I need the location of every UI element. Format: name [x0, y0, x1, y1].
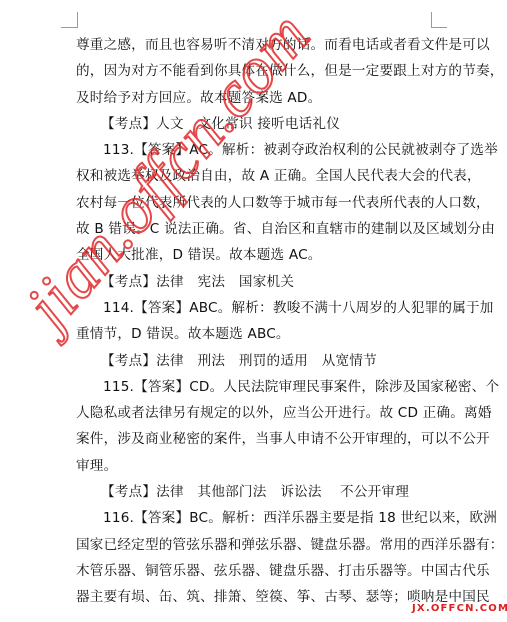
text-line: 权和被选举权及政治自由，故 A 正确。全国人民代表大会的代表， — [76, 163, 434, 189]
text-line: 尊重之感，而且也容易听不清对方的话。而看电话或者看文件是可以 — [76, 32, 434, 58]
kaodian-line: 【考点】人文 文化常识 接听电话礼仪 — [76, 111, 434, 137]
text-line: 重情节，D 错误。故本题选 ABC。 — [76, 321, 434, 347]
text-line: 国家已经定型的管弦乐器和弹弦乐器、键盘乐器。常用的西洋乐器有： — [76, 532, 434, 558]
text-line: 木管乐器、铜管乐器、弦乐器、键盘乐器、打击乐器等。中国古代乐 — [76, 558, 434, 584]
text-line: 的，因为对方不能看到你具体在做什么，但是一定要跟上对方的节奏， — [76, 58, 434, 84]
text-line: 案件，涉及商业秘密的案件，当事人申请不公开审理的，可以不公开 — [76, 426, 434, 452]
text-line: 农村每一位代表所代表的人口数等于城市每一代表所代表的人口数， — [76, 190, 434, 216]
text-line: 人隐私或者法律另有规定的以外，应当公开进行。故 CD 正确。离婚 — [76, 400, 434, 426]
text-line: 器主要有埙、缶、筑、排箫、箜篌、筝、古琴、瑟等；唢呐是中国民 — [76, 584, 434, 610]
text-line: 故 B 错误。C 说法正确。省、自治区和直辖市的建制以及区域划分由 — [76, 216, 434, 242]
kaodian-line: 【考点】法律 刑法 刑罚的适用 从宽情节 — [76, 348, 434, 374]
text-line: 及时给予对方回应。故本题答案选 AD。 — [76, 85, 434, 111]
kaodian-line: 【考点】法律 其他部门法 诉讼法 不公开审理 — [76, 479, 434, 505]
document-body: 尊重之感，而且也容易听不清对方的话。而看电话或者看文件是可以 的，因为对方不能看… — [76, 32, 434, 611]
text-line: 审理。 — [76, 453, 434, 479]
question-answer-line: 113.【答案】AC。解析：被剥夺政治权利的公民就被剥夺了选举 — [76, 137, 434, 163]
question-answer-line: 114.【答案】ABC。解析：教唆不满十八周岁的人犯罪的属于加 — [76, 295, 434, 321]
page-corner-mark-right — [431, 12, 447, 28]
corner-watermark: JX.OFFCN.COM — [412, 603, 507, 614]
kaodian-line: 【考点】法律 宪法 国家机关 — [76, 269, 434, 295]
text-line: 全国人大批准，D 错误。故本题选 AC。 — [76, 242, 434, 268]
question-answer-line: 115.【答案】CD。人民法院审理民事案件，除涉及国家秘密、个 — [76, 374, 434, 400]
question-answer-line: 116.【答案】BC。解析：西洋乐器主要是指 18 世纪以来，欧洲 — [76, 505, 434, 531]
page-corner-mark-left — [61, 12, 78, 28]
